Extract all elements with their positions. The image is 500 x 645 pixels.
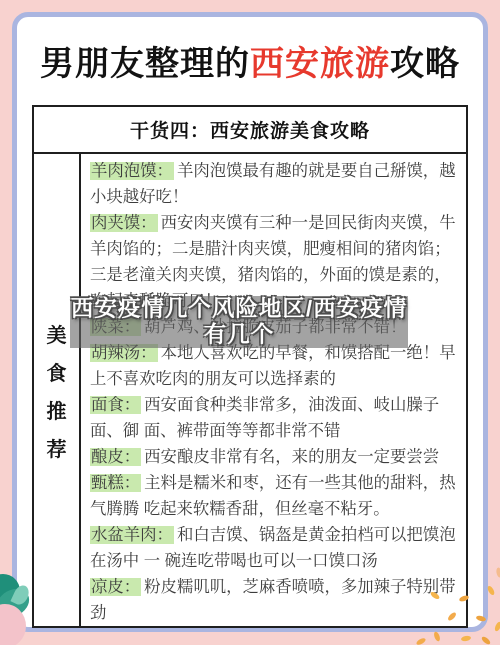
food-label: 酿皮： [90, 448, 141, 466]
food-desc: 西安面食种类非常多，油泼面、岐山臊子面、御 面、裤带面等等都非常不错 [90, 396, 439, 440]
confetti-dot-icon [461, 635, 472, 642]
food-desc: 主料是糯米和枣，还有一些其他的甜料，热气腾腾 吃起来软糯香甜，但丝毫不粘牙。 [90, 474, 456, 518]
watermark-overlay: 西安疫情几个风险地区/西安疫情有几个 [70, 296, 408, 348]
food-item-liangpi: 凉皮：粉皮糯叽叽，芝麻香喷喷，多加辣子特别带劲 [90, 574, 460, 626]
food-item-yangroupaomo: 羊肉泡馍：羊肉泡馍最有趣的就是要自己掰馍，越小块越好吃！ [90, 158, 460, 210]
title-suffix: 攻略 [390, 45, 460, 83]
food-label: 甄糕： [90, 474, 141, 492]
poster-page: 男朋友整理的西安旅游攻略 干货四：西安旅游美食攻略 美 食 推 荐 羊肉泡馍：羊… [0, 0, 500, 645]
food-list: 羊肉泡馍：羊肉泡馍最有趣的就是要自己掰馍，越小块越好吃！ 肉夹馍：西安肉夹馍有三… [81, 154, 466, 626]
side-label-char: 推 [47, 395, 67, 424]
confetti-dot-icon [494, 621, 500, 632]
food-guide-table: 干货四：西安旅游美食攻略 美 食 推 荐 羊肉泡馍：羊肉泡馍最有趣的就是要自己掰… [32, 105, 468, 628]
food-label: 肉夹馍： [90, 214, 158, 232]
food-desc: 粉皮糯叽叽，芝麻香喷喷，多加辣子特别带劲 [90, 578, 456, 622]
confetti-dot-icon [496, 567, 500, 578]
side-label-food-recommendation: 美 食 推 荐 [34, 154, 81, 626]
food-item-zhengao: 甄糕：主料是糯米和枣，还有一些其他的甜料，热气腾腾 吃起来软糯香甜，但丝毫不粘牙… [90, 470, 460, 522]
section-header: 干货四：西安旅游美食攻略 [34, 107, 466, 154]
food-item-niangpi: 酿皮：西安酿皮非常有名，来的朋友一定要尝尝 [90, 444, 460, 470]
title-highlight: 西安旅游 [250, 45, 390, 83]
side-label-char: 荐 [47, 433, 67, 462]
food-item-mianshi: 面食：西安面食种类非常多，油泼面、岐山臊子面、御 面、裤带面等等都非常不错 [90, 392, 460, 444]
food-label: 水盆羊肉： [90, 526, 174, 544]
page-title: 男朋友整理的西安旅游攻略 [0, 36, 500, 85]
food-label: 凉皮： [90, 578, 141, 596]
food-label: 羊肉泡馍： [90, 162, 174, 180]
confetti-dot-icon [481, 635, 492, 645]
confetti-dot-icon [433, 631, 441, 642]
food-item-shuipenyangrou: 水盆羊肉：和白吉馍、锅盔是黄金拍档可以把馍泡在汤中 一 碗连吃带喝也可以一口馍口… [90, 522, 460, 574]
title-prefix: 男朋友整理的 [40, 45, 250, 83]
table-body: 美 食 推 荐 羊肉泡馍：羊肉泡馍最有趣的就是要自己掰馍，越小块越好吃！ 肉夹馍… [34, 154, 466, 626]
side-label-char: 美 [47, 319, 67, 348]
side-label-char: 食 [47, 357, 67, 386]
food-label: 面食： [90, 396, 141, 414]
food-desc: 西安酿皮非常有名，来的朋友一定要尝尝 [144, 448, 439, 466]
confetti-dot-icon [415, 637, 426, 645]
